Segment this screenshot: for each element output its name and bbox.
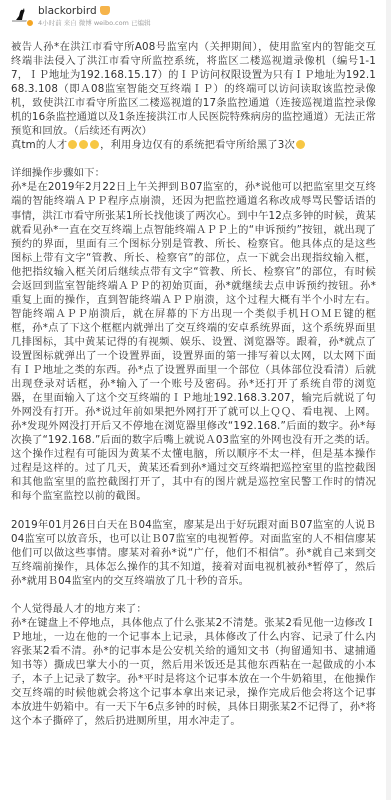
paragraph-notebook: 孙*在键盘上不停地点，具体他点了什么张某2不清楚。张某2看见他一边修改ＩＰ地址，… bbox=[11, 616, 376, 728]
spacer bbox=[11, 504, 376, 518]
paragraph-comment: 真tm的人才，利用身边仅有的系统把看守所给黑了3次 bbox=[11, 138, 376, 152]
paragraph-steps-heading: 详细操作步骤如下： bbox=[11, 166, 376, 180]
laughing-emoji-icon bbox=[79, 140, 88, 149]
verified-badge-icon bbox=[26, 19, 34, 27]
username-link[interactable]: blackorbird bbox=[38, 5, 97, 17]
spacer bbox=[11, 588, 376, 602]
comment-text-after: ，利用身边仅有的系统把看守所给黑了3次 bbox=[100, 139, 295, 151]
laughing-emoji-icon bbox=[68, 140, 77, 149]
post-meta: blackorbird 4小时前 来自 微博 weibo.com 已编辑 bbox=[38, 4, 150, 28]
post-body: 被告人孙*在洪江市看守所A08号监室内（关押期间），使用监室内的智能交互终端非法… bbox=[11, 40, 376, 728]
paragraph-steps: 孙*是在2019年2月22日上午关押到Ｂ07监室的，孙*说他可以把监室里交互终端… bbox=[11, 180, 376, 503]
laughing-emoji-icon bbox=[90, 140, 99, 149]
weibo-post-page: blackorbird 4小时前 来自 微博 weibo.com 已编辑 被告人… bbox=[0, 0, 386, 800]
name-row: blackorbird bbox=[38, 4, 150, 17]
spacer bbox=[11, 152, 376, 166]
avatar[interactable] bbox=[10, 4, 32, 26]
paragraph-b04-incident: 2019年01月26日白天在Ｂ04监室，廖某是出于好玩跟对面Ｂ07监室的人说Ｂ0… bbox=[11, 518, 376, 588]
paragraph-verdict: 被告人孙*在洪江市看守所A08号监室内（关押期间），使用监室内的智能交互终端非法… bbox=[11, 40, 376, 138]
comment-text-before: 真tm的人才 bbox=[11, 139, 67, 151]
post-header: blackorbird 4小时前 来自 微博 weibo.com 已编辑 bbox=[10, 4, 150, 30]
post-timestamp-source: 4小时前 来自 微博 weibo.com 已编辑 bbox=[38, 18, 150, 28]
shocked-emoji-icon bbox=[296, 140, 305, 149]
paragraph-highlight-heading: 个人觉得最人才的地方来了： bbox=[11, 602, 376, 616]
vip-crown-icon bbox=[100, 6, 110, 15]
scrollbar[interactable] bbox=[386, 0, 391, 800]
